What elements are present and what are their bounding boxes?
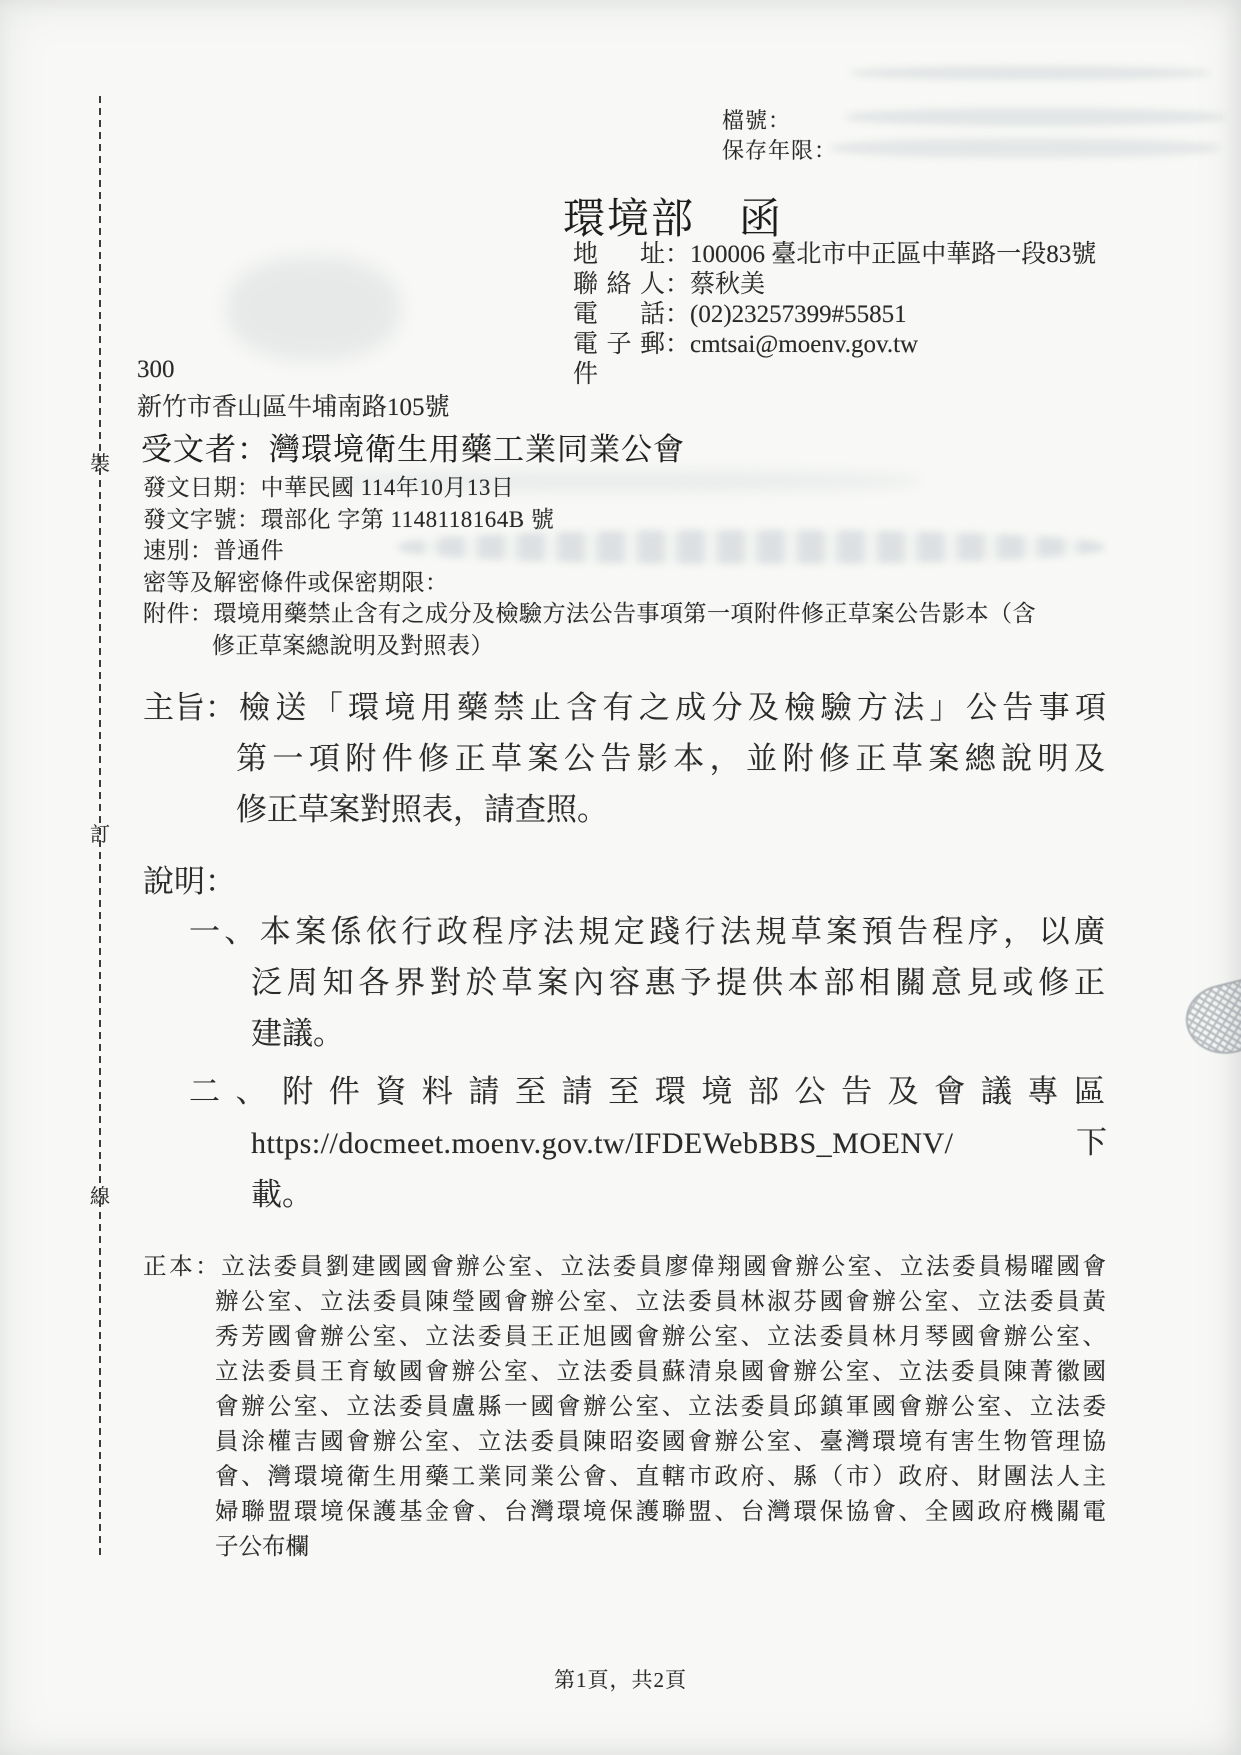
addressee-street: 新竹市香山區牛埔南路105號 xyxy=(137,387,450,423)
contact-value: ：cmtsai@moenv.gov.tw xyxy=(665,331,918,358)
bleedthrough-smudge xyxy=(830,138,1220,158)
contact-label: 電話 xyxy=(573,300,665,330)
copy-to-line: 秀芳國會辦公室、立法委員王正旭國會辦公室、立法委員林月琴國會辦公室、 xyxy=(215,1320,1106,1355)
contact-row-person: 聯絡人：蔡秋美 xyxy=(573,270,1096,300)
binding-mark-ding: 訂 xyxy=(88,818,112,847)
copy-to-block: 正本：立法委員劉建國國會辦公室、立法委員廖偉翔國會辦公室、立法委員楊曜國會 辦公… xyxy=(143,1250,1106,1565)
explanation-label: 說明： xyxy=(143,856,236,901)
item1-line-2: 泛周知各界對於草案內容惠予提供本部相關意見或修正 xyxy=(251,957,1105,1008)
scanned-letter-page: 裝 訂 線 檔號： 保存年限： 環境部 函 地址：100006 臺北市中正區中華… xyxy=(0,0,1241,1755)
copy-to-line: 辦公室、立法委員陳瑩國會辦公室、立法委員林淑芬國會辦公室、立法委員黃 xyxy=(215,1285,1106,1320)
item1-line-3: 建議。 xyxy=(251,1008,1105,1059)
copy-to-line: 正本：立法委員劉建國國會辦公室、立法委員廖偉翔國會辦公室、立法委員楊曜國會 xyxy=(143,1250,1106,1285)
copy-to-line: 員涂權吉國會辦公室、立法委員陳昭姿國會辦公室、臺灣環境有害生物管理協 xyxy=(215,1425,1106,1460)
binding-mark-xian: 線 xyxy=(88,1180,112,1209)
meta-row-date: 發文日期：中華民國 114年10月13日 xyxy=(143,472,1123,504)
meta-row-speed: 速別：普通件 xyxy=(143,535,1123,567)
subject-text: 檢送「環境用藥禁止含有之成分及檢驗方法」公告事項 xyxy=(239,682,1106,733)
copy-to-line: 立法委員王育敏國會辦公室、立法委員蘇清泉國會辦公室、立法委員陳菁徽國 xyxy=(215,1355,1106,1390)
contact-label: 電子郵件 xyxy=(573,330,665,390)
page-number-footer: 第1頁，共2頁 xyxy=(0,1664,1241,1694)
explanation-item-2: 二、附件資料請至請至環境部公告及會議專區 https://docmeet.moe… xyxy=(189,1066,1107,1220)
document-meta-block: 發文日期：中華民國 114年10月13日 發文字號：環部化 字第 1148118… xyxy=(143,472,1123,661)
document-title: 環境部 函 xyxy=(563,186,783,246)
copy-to-line: 會、灣環境衛生用藥工業同業公會、直轄市政府、縣（市）政府、財團法人主 xyxy=(215,1460,1106,1495)
binding-mark-zhuang: 裝 xyxy=(88,447,112,476)
recipient-line: 受文者：灣環境衛生用藥工業同業公會 xyxy=(141,424,685,469)
meta-label: 發文日期： xyxy=(143,475,261,500)
contact-row-address: 地址：100006 臺北市中正區中華路一段83號 xyxy=(573,240,1096,270)
subject-line-2: 第一項附件修正草案公告影本，並附修正草案總說明及 xyxy=(236,733,1105,784)
meta-row-number: 發文字號：環部化 字第 1148118164B 號 xyxy=(143,504,1123,536)
contact-value: ：(02)23257399#55851 xyxy=(665,301,907,328)
contact-label: 聯絡人 xyxy=(573,270,665,300)
addressee-zip-code: 300 xyxy=(137,356,175,384)
subject-line-3: 修正草案對照表，請查照。 xyxy=(236,784,1106,835)
item2-line-1: 二、附件資料請至請至環境部公告及會議專區 xyxy=(189,1066,1105,1117)
contact-row-phone: 電話：(02)23257399#55851 xyxy=(573,300,1096,330)
meta-label: 附件： xyxy=(143,601,214,626)
meta-row-attachment: 附件：環境用藥禁止含有之成分及檢驗方法公告事項第一項附件修正草案公告影本（含 xyxy=(143,598,1123,630)
bleedthrough-smudge xyxy=(226,256,401,361)
attachment-continuation: 修正草案總說明及對照表） xyxy=(212,630,1123,662)
subject-line-1: 主旨： 檢送「環境用藥禁止含有之成分及檢驗方法」公告事項 xyxy=(143,682,1106,733)
meta-value: 普通件 xyxy=(214,538,285,563)
download-url: https://docmeet.moenv.gov.tw/IFDEWebBBS_… xyxy=(251,1118,953,1169)
embossed-seal xyxy=(1179,975,1241,1062)
meta-value: 環境用藥禁止含有之成分及檢驗方法公告事項第一項附件修正草案公告影本（含 xyxy=(214,601,1037,626)
bleedthrough-smudge xyxy=(850,66,1210,80)
meta-label: 速別： xyxy=(143,538,214,563)
copy-to-line: 婦聯盟環境保護基金會、台灣環境保護聯盟、台灣環保協會、全國政府機關電 xyxy=(215,1495,1106,1530)
meta-row-classification: 密等及解密條件或保密期限： xyxy=(143,567,1123,599)
copy-to-line: 會辦公室、立法委員盧縣一國會辦公室、立法委員邱鎮軍國會辦公室、立法委 xyxy=(215,1390,1106,1425)
agency-contact-block: 地址：100006 臺北市中正區中華路一段83號 聯絡人：蔡秋美 電話：(02)… xyxy=(573,240,1096,390)
item2-line-3: 載。 xyxy=(251,1169,1107,1220)
retention-period-label: 保存年限： xyxy=(722,136,837,166)
item2-url-line: https://docmeet.moenv.gov.tw/IFDEWebBBS_… xyxy=(251,1117,1107,1169)
meta-value: 中華民國 114年10月13日 xyxy=(261,475,515,500)
bleedthrough-smudge xyxy=(845,108,1225,126)
subject-label: 主旨： xyxy=(143,682,239,733)
contact-value: ：100006 臺北市中正區中華路一段83號 xyxy=(665,241,1096,268)
recipient-name: 灣環境衛生用藥工業同業公會 xyxy=(269,432,685,467)
contact-row-email: 電子郵件：cmtsai@moenv.gov.tw xyxy=(573,330,1096,390)
explanation-item-1: 一、本案係依行政程序法規定踐行法規草案預告程序，以廣 泛周知各界對於草案內容惠予… xyxy=(189,906,1105,1059)
item1-line-1: 一、本案係依行政程序法規定踐行法規草案預告程序，以廣 xyxy=(189,906,1105,957)
file-meta-block: 檔號： 保存年限： xyxy=(722,106,837,166)
copy-to-line: 子公布欄 xyxy=(215,1530,1106,1565)
meta-label: 發文字號： xyxy=(143,507,261,532)
subject-block: 主旨： 檢送「環境用藥禁止含有之成分及檢驗方法」公告事項 第一項附件修正草案公告… xyxy=(143,682,1106,835)
url-suffix-char: 下 xyxy=(1076,1117,1107,1168)
recipient-label: 受文者： xyxy=(141,432,269,467)
contact-label: 地址 xyxy=(573,240,665,270)
meta-value: 環部化 字第 1148118164B 號 xyxy=(261,507,555,532)
contact-value: ：蔡秋美 xyxy=(665,271,765,298)
meta-label: 密等及解密條件或保密期限： xyxy=(143,570,449,595)
file-number-label: 檔號： xyxy=(722,106,837,136)
